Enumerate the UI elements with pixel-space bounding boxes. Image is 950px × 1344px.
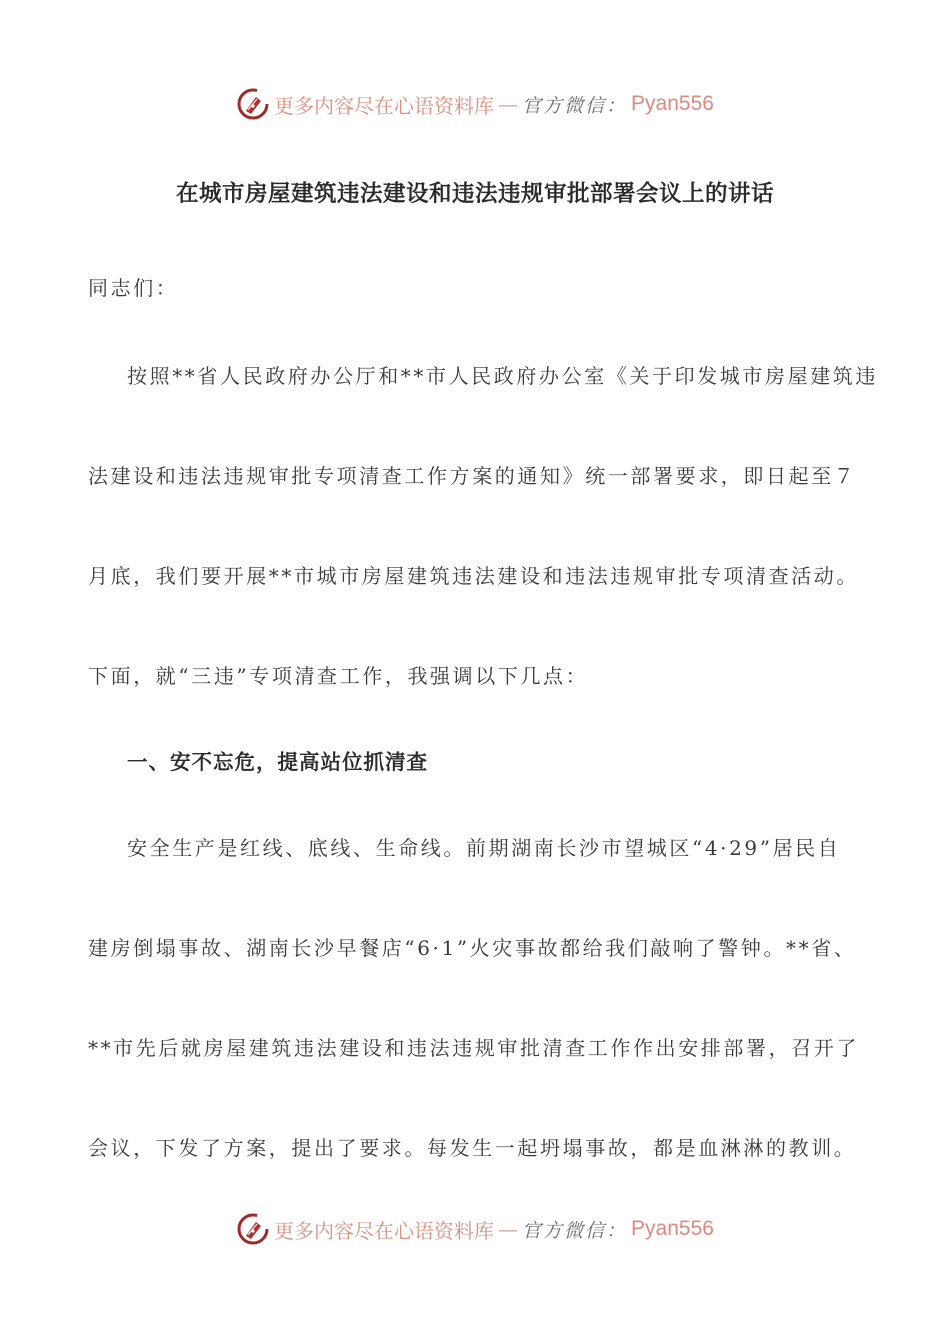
paragraph-line: 月底，我们要开展**市城市房屋建筑违法建设和违法违规审批专项清查活动。 [88, 560, 878, 589]
section-heading: 一、安不忘危，提高站位抓清查 [127, 745, 428, 775]
paragraph-line: 按照**省人民政府办公厅和**市人民政府办公室《关于印发城市房屋建筑违 [127, 360, 917, 389]
watermark-header: 更多内容尽在心语资料库 — 官方微信： Pyan556 [0, 84, 950, 124]
watermark-dash: — [498, 1217, 518, 1241]
document-title: 在城市房屋建筑违法建设和违法违规审批部署会议上的讲话 [0, 176, 950, 208]
watermark-dash: — [498, 92, 518, 116]
watermark-wechat-id: Pyan556 [631, 92, 714, 116]
paragraph-line: **市先后就房屋建筑违法建设和违法违规审批清查工作作出安排部署，召开了 [88, 1032, 878, 1061]
watermark-wechat-label: 官方微信： [522, 1216, 627, 1243]
paragraph-line: 安全生产是红线、底线、生命线。前期湖南长沙市望城区“4·29”居民自 [127, 832, 917, 861]
paragraph-line: 法建设和违法违规审批专项清查工作方案的通知》统一部署要求，即日起至７ [88, 460, 878, 489]
paragraph-line: 下面，就“三违”专项清查工作，我强调以下几点： [88, 660, 878, 689]
pen-nib-circle-icon [236, 87, 270, 121]
watermark-wechat-id: Pyan556 [631, 1217, 714, 1241]
paragraph-line: 建房倒塌事故、湖南长沙早餐店“6·1”火灾事故都给我们敲响了警钟。**省、 [88, 932, 878, 961]
watermark-wechat-label: 官方微信： [522, 91, 627, 118]
pen-nib-circle-icon [236, 1212, 270, 1246]
paragraph-line: 会议，下发了方案，提出了要求。每发生一起坍塌事故，都是血淋淋的教训。 [88, 1132, 878, 1161]
watermark-main-text: 更多内容尽在心语资料库 [274, 1215, 494, 1244]
salutation: 同志们： [88, 272, 878, 301]
watermark-footer: 更多内容尽在心语资料库 — 官方微信： Pyan556 [0, 1209, 950, 1249]
watermark-main-text: 更多内容尽在心语资料库 [274, 90, 494, 119]
